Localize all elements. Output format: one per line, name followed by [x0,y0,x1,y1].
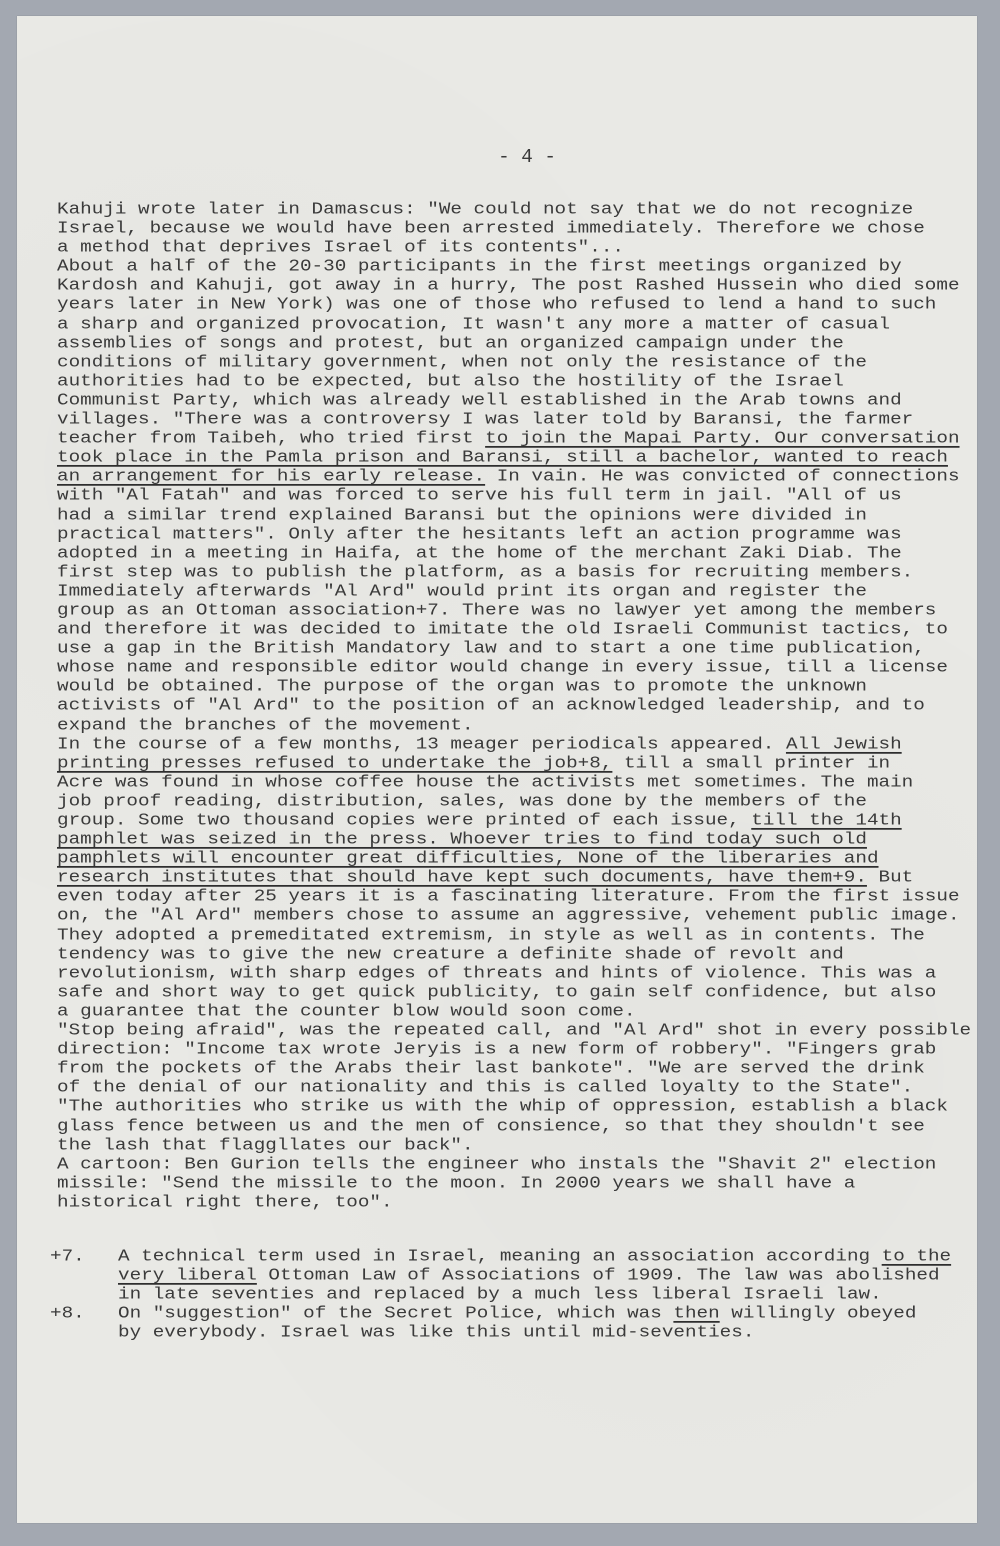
underlined-text: then [673,1304,719,1323]
text-segment: years later in New York) was one of thos… [57,295,936,314]
footnote-text: A technical term used in Israel, meaning… [118,1247,980,1304]
text-line: pamphlet was seized in the press. Whoeve… [57,831,987,848]
text-segment: from the pockets of the Arabs their last… [57,1059,925,1078]
text-line: group. Some two thousand copies were pri… [57,812,987,829]
text-segment: historical right there, too". [57,1192,393,1211]
text-line: in late seventies and replaced by a much… [118,1286,980,1303]
text-segment: group. Some two thousand copies were pri… [57,810,751,829]
text-segment: on, the "Al Ard" members chose to assume… [57,906,960,925]
text-segment: would be obtained. The purpose of the or… [57,677,867,696]
text-segment: job proof reading, distribution, sales, … [57,791,867,810]
underlined-text: research institutes that should have kep… [57,868,867,887]
text-segment: willingly obeyed [720,1304,917,1323]
text-line: first step was to publish the platform, … [57,564,987,581]
text-line: on, the "Al Ard" members chose to assume… [57,908,987,925]
text-segment: by everybody. Israel was like this until… [118,1323,754,1342]
text-line: A cartoon: Ben Gurion tells the engineer… [57,1156,987,1173]
text-segment: Ottoman Law of Associations of 1909. The… [257,1265,940,1284]
text-line: practical matters". Only after the hesit… [57,526,987,543]
text-segment: conditions of military government, when … [57,352,867,371]
text-line: Kardosh and Kahuji, got away in a hurry,… [57,278,987,295]
text-segment: in late seventies and replaced by a much… [118,1285,882,1304]
text-line: About a half of the 20-30 participants i… [57,258,987,275]
text-line: safe and short way to get quick publicit… [57,984,987,1001]
footnote-marker: +7. [50,1248,118,1265]
text-segment: Kardosh and Kahuji, got away in a hurry,… [57,276,960,295]
text-line: a guarantee that the counter blow would … [57,1003,987,1020]
text-line: direction: "Income tax wrote Jeryis is a… [57,1041,987,1058]
text-segment: a sharp and organized provocation, It wa… [57,314,890,333]
text-line: job proof reading, distribution, sales, … [57,793,987,810]
text-segment: Immediately afterwards "Al Ard" would pr… [57,581,867,600]
text-line: years later in New York) was one of thos… [57,297,987,314]
text-line: tendency was to give the new creature a … [57,946,987,963]
text-line: teacher from Taibeh, who tried first to … [57,430,987,447]
page-number: - 4 - [487,148,567,167]
text-line: would be obtained. The purpose of the or… [57,678,987,695]
text-line: with "Al Fatah" and was forced to serve … [57,488,987,505]
text-segment: teacher from Taibeh, who tried first [57,429,485,448]
text-line: activists of "Al Ard" to the position of… [57,698,987,715]
text-segment: missile: "Send the missile to the moon. … [57,1173,855,1192]
text-line: assemblies of songs and protest, but an … [57,335,987,352]
text-segment: Kahuji wrote later in Damascus: "We coul… [57,199,913,218]
text-line: authorities had to be expected, but also… [57,373,987,390]
footnote-marker: +8. [50,1305,118,1322]
footnote: +8.On "suggestion" of the Secret Police,… [50,1304,980,1342]
text-line: glass fence between us and the men of co… [57,1118,987,1135]
text-segment: and therefore it was decided to imitate … [57,619,948,638]
text-line: A technical term used in Israel, meaning… [118,1248,980,1265]
text-line: and therefore it was decided to imitate … [57,621,987,638]
text-line: the lash that flaggllates our back". [57,1137,987,1154]
document-page: - 4 - Kahuji wrote later in Damascus: "W… [17,16,977,1523]
text-segment: A cartoon: Ben Gurion tells the engineer… [57,1154,936,1173]
text-segment: Communist Party, which was already well … [57,390,902,409]
text-segment: revolutionism, with sharp edges of threa… [57,963,936,982]
text-segment: But [867,868,913,887]
underlined-text: printing presses refused to undertake th… [57,753,612,772]
text-segment: of the denial of our nationality and thi… [57,1078,913,1097]
text-segment: glass fence between us and the men of co… [57,1116,925,1135]
text-line: Kahuji wrote later in Damascus: "We coul… [57,201,987,218]
text-line: research institutes that should have kep… [57,869,987,886]
text-segment: In the course of a few months, 13 meager… [57,734,786,753]
text-segment: authorities had to be expected, but also… [57,371,844,390]
text-line: On "suggestion" of the Secret Police, wh… [118,1305,980,1322]
text-line: They adopted a premeditated extremism, i… [57,927,987,944]
text-line: very liberal Ottoman Law of Associations… [118,1267,980,1284]
text-segment: "Stop being afraid", was the repeated ca… [57,1020,971,1039]
text-line: by everybody. Israel was like this until… [118,1325,980,1342]
text-segment: practical matters". Only after the hesit… [57,524,902,543]
text-line: villages. "There was a controversy I was… [57,411,987,428]
text-line: from the pockets of the Arabs their last… [57,1060,987,1077]
underlined-text: pamphlets will encounter great difficult… [57,849,879,868]
text-line: of the denial of our nationality and thi… [57,1079,987,1096]
text-segment: a method that deprives Israel of its con… [57,238,624,257]
text-line: expand the branches of the movement. [57,717,987,734]
text-segment: the lash that flaggllates our back". [57,1135,474,1154]
text-segment: whose name and responsible editor would … [57,658,948,677]
text-segment: expand the branches of the movement. [57,715,474,734]
text-line: adopted in a meeting in Haifa, at the ho… [57,545,987,562]
text-segment: first step was to publish the platform, … [57,562,913,581]
text-segment: safe and short way to get quick publicit… [57,982,936,1001]
underlined-text: to the [882,1246,951,1265]
text-segment: even today after 25 years it is a fascin… [57,887,960,906]
text-line: Immediately afterwards "Al Ard" would pr… [57,583,987,600]
text-segment: tendency was to give the new creature a … [57,944,844,963]
text-line: had a similar trend explained Baransi bu… [57,507,987,524]
text-line: a sharp and organized provocation, It wa… [57,316,987,333]
text-line: Acre was found in whose coffee house the… [57,774,987,791]
underlined-text: pamphlet was seized in the press. Whoeve… [57,829,867,848]
text-segment: "The authorities who strike us with the … [57,1097,948,1116]
text-line: whose name and responsible editor would … [57,659,987,676]
text-segment: adopted in a meeting in Haifa, at the ho… [57,543,902,562]
text-line: even today after 25 years it is a fascin… [57,889,987,906]
text-line: In the course of a few months, 13 meager… [57,736,987,753]
text-segment: with "Al Fatah" and was forced to serve … [57,486,902,505]
underlined-text: till the 14th [751,810,901,829]
text-segment: A technical term used in Israel, meaning… [118,1246,882,1265]
text-segment: villages. "There was a controversy I was… [57,409,913,428]
text-line: use a gap in the British Mandatory law a… [57,640,987,657]
text-line: Communist Party, which was already well … [57,392,987,409]
text-segment: till a small printer in [612,753,890,772]
footnotes: +7.A technical term used in Israel, mean… [50,1247,980,1342]
text-line: "The authorities who strike us with the … [57,1099,987,1116]
text-line: "Stop being afraid", was the repeated ca… [57,1022,987,1039]
underlined-text: All Jewish [786,734,902,753]
text-segment: In vain. He was convicted of connections [485,467,959,486]
text-segment: About a half of the 20-30 participants i… [57,257,902,276]
text-line: pamphlets will encounter great difficult… [57,850,987,867]
text-line: printing presses refused to undertake th… [57,755,987,772]
text-segment: assemblies of songs and protest, but an … [57,333,844,352]
text-segment: a guarantee that the counter blow would … [57,1001,636,1020]
text-segment: use a gap in the British Mandatory law a… [57,639,925,658]
text-line: missile: "Send the missile to the moon. … [57,1175,987,1192]
text-line: took place in the Pamla prison and Baran… [57,449,987,466]
text-segment: They adopted a premeditated extremism, i… [57,925,925,944]
text-line: Israel, because we would have been arres… [57,220,987,237]
underlined-text: took place in the Pamla prison and Baran… [57,448,948,467]
body-text: Kahuji wrote later in Damascus: "We coul… [57,200,987,1212]
text-segment: activists of "Al Ard" to the position of… [57,696,925,715]
text-segment: direction: "Income tax wrote Jeryis is a… [57,1040,936,1059]
footnote: +7.A technical term used in Israel, mean… [50,1247,980,1304]
underlined-text: an arrangement for his early release. [57,467,485,486]
text-line: group as an Ottoman association+7. There… [57,602,987,619]
text-line: historical right there, too". [57,1194,987,1211]
text-segment: On "suggestion" of the Secret Police, wh… [118,1304,673,1323]
text-line: a method that deprives Israel of its con… [57,239,987,256]
underlined-text: to join the Mapai Party. Our conversatio… [485,429,959,448]
text-line: an arrangement for his early release. In… [57,468,987,485]
text-line: conditions of military government, when … [57,354,987,371]
underlined-text: very liberal [118,1265,257,1284]
text-segment: group as an Ottoman association+7. There… [57,600,936,619]
footnote-text: On "suggestion" of the Secret Police, wh… [118,1304,980,1342]
text-segment: had a similar trend explained Baransi bu… [57,505,867,524]
text-segment: Acre was found in whose coffee house the… [57,772,913,791]
text-line: revolutionism, with sharp edges of threa… [57,965,987,982]
text-segment: Israel, because we would have been arres… [57,218,925,237]
